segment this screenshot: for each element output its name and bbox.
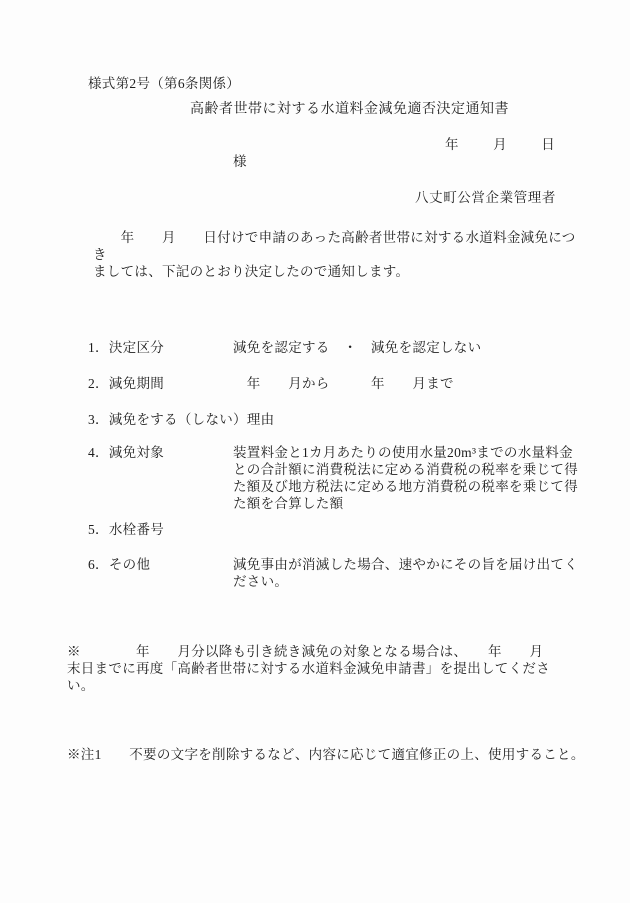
- item-label: 4．減免対象: [88, 444, 164, 461]
- item-label: 3．減免をする（しない）理由: [88, 411, 274, 428]
- renewal-note: ※ 年 月分以降も引き続き減免の対象となる場合は、 年 月 末日までに再度「高齢…: [67, 643, 577, 694]
- document-title: 高齢者世帯に対する水道料金減免適否決定通知書: [190, 101, 509, 118]
- document-page: 様式第2号（第6条関係） 高齢者世帯に対する水道料金減免適否決定通知書 年 月 …: [0, 0, 630, 903]
- issuer-name: 八丈町公営企業管理者: [415, 189, 556, 206]
- item-content: 装置料金と1カ月あたりの使用水量20m³までの水量料金 との合計額に消費税法に定…: [233, 444, 578, 512]
- item-content: 年 月から 年 月まで: [233, 375, 578, 392]
- item-content: 減免事由が消滅した場合、速やかにその旨を届け出てく ださい。: [233, 556, 578, 590]
- item-label: 2．減免期間: [88, 375, 164, 392]
- item-label: 6．その他: [88, 556, 150, 573]
- item-label: 1．決定区分: [88, 339, 164, 356]
- issue-date-line: 年 月 日: [445, 136, 555, 153]
- item-content: 減免を認定する ・ 減免を認定しない: [233, 339, 578, 356]
- addressee-honorific: 様: [233, 153, 247, 170]
- form-number: 様式第2号（第6条関係）: [88, 75, 240, 92]
- date-day-label: 日: [541, 136, 555, 153]
- intro-paragraph: 年 月 日付けで申請のあった高齢者世帯に対する水道料金減免につき ましては、下記…: [93, 229, 583, 280]
- item-label: 5．水栓番号: [88, 521, 164, 538]
- date-month-label: 月: [493, 136, 507, 153]
- usage-note: ※注1 不要の文字を削除するなど、内容に応じて適宜修正の上、使用すること。: [67, 746, 587, 763]
- date-year-label: 年: [445, 136, 459, 153]
